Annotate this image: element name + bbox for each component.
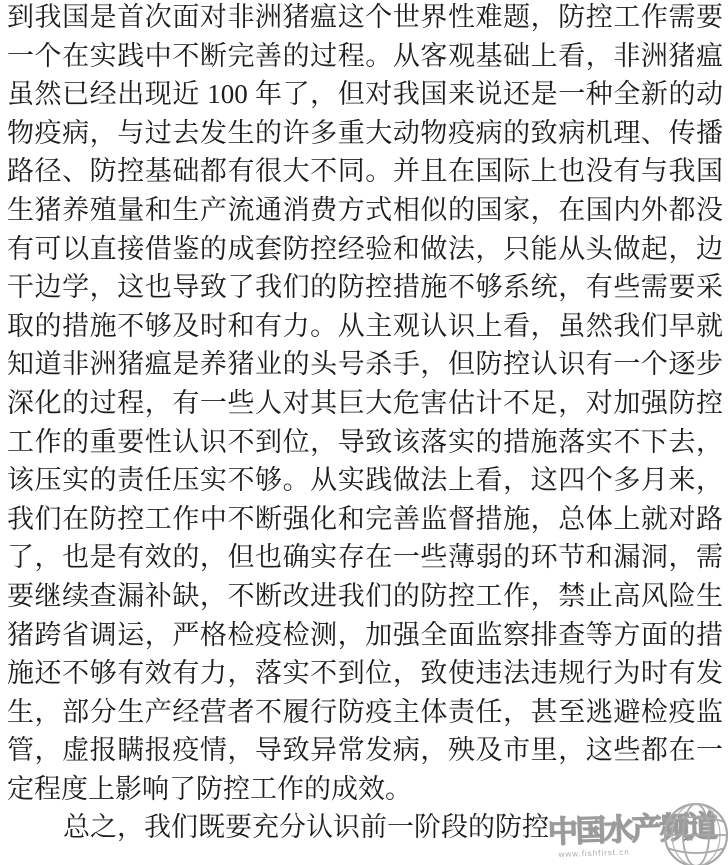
text-line: 干边学，这也导致了我们的防控措施不够系统，有些需要采 [7,268,723,307]
globe-icon [660,800,728,865]
document-page: 到我国是首次面对非洲猪瘟这个世界性难题，防控工作需要一个在实践中不断完善的过程。… [0,0,728,865]
text-line: 管，虚报瞒报疫情，导致异常发病，殃及市里，这些都在一 [7,731,723,770]
text-line: 到我国是首次面对非洲猪瘟这个世界性难题，防控工作需要 [7,0,723,37]
document-text: 到我国是首次面对非洲猪瘟这个世界性难题，防控工作需要一个在实践中不断完善的过程。… [7,0,723,847]
text-line: 要继续查漏补缺，不断改进我们的防控工作，禁止高风险生 [7,577,723,616]
text-line: 深化的过程，有一些人对其巨大危害估计不足，对加强防控 [7,384,723,423]
text-line: 生猪养殖量和生产流通消费方式相似的国家，在国内外都没 [7,191,723,230]
text-line: 定程度上影响了防控工作的成效。 [7,770,723,809]
last-line-text: 总之，我们既要充分认识前一阶段的防控 [63,812,549,842]
text-line: 施还不够有效有力，落实不到位，致使违法违规行为时有发 [7,654,723,693]
text-line: 物疫病，与过去发生的许多重大动物疫病的致病机理、传播 [7,114,723,153]
text-line: 工作的重要性认识不到位，导致该落实的措施落实不下去， [7,423,723,462]
text-line: 该压实的责任压实不够。从实践做法上看，这四个多月来， [7,461,723,500]
text-line: 猪跨省调运，严格检疫检测，加强全面监察排查等方面的措 [7,616,723,655]
text-line: 我们在防控工作中不断强化和完善监督措施，总体上就对路 [7,500,723,539]
text-line: 虽然已经出现近 100 年了，但对我国来说还是一种全新的动 [7,75,723,114]
paragraph-2-first-line: 总之，我们既要充分认识前一阶段的防控， [7,808,723,847]
paragraph-continuation: 到我国是首次面对非洲猪瘟这个世界性难题，防控工作需要一个在实践中不断完善的过程。… [7,0,723,808]
text-line: 了，也是有效的，但也确实存在一些薄弱的环节和漏洞，需 [7,538,723,577]
text-line: 一个在实践中不断完善的过程。从客观基础上看，非洲猪瘟 [7,37,723,76]
text-line: 生，部分生产经营者不履行防疫主体责任，甚至逃避检疫监 [7,693,723,732]
text-line: 取的措施不够及时和有力。从主观认识上看，虽然我们早就 [7,307,723,346]
text-line: 有可以直接借鉴的成套防控经验和做法，只能从头做起，边 [7,230,723,269]
text-line: 知道非洲猪瘟是养猪业的头号杀手，但防控认识有一个逐步 [7,345,723,384]
text-line: 路径、防控基础都有很大不同。并且在国际上也没有与我国 [7,152,723,191]
